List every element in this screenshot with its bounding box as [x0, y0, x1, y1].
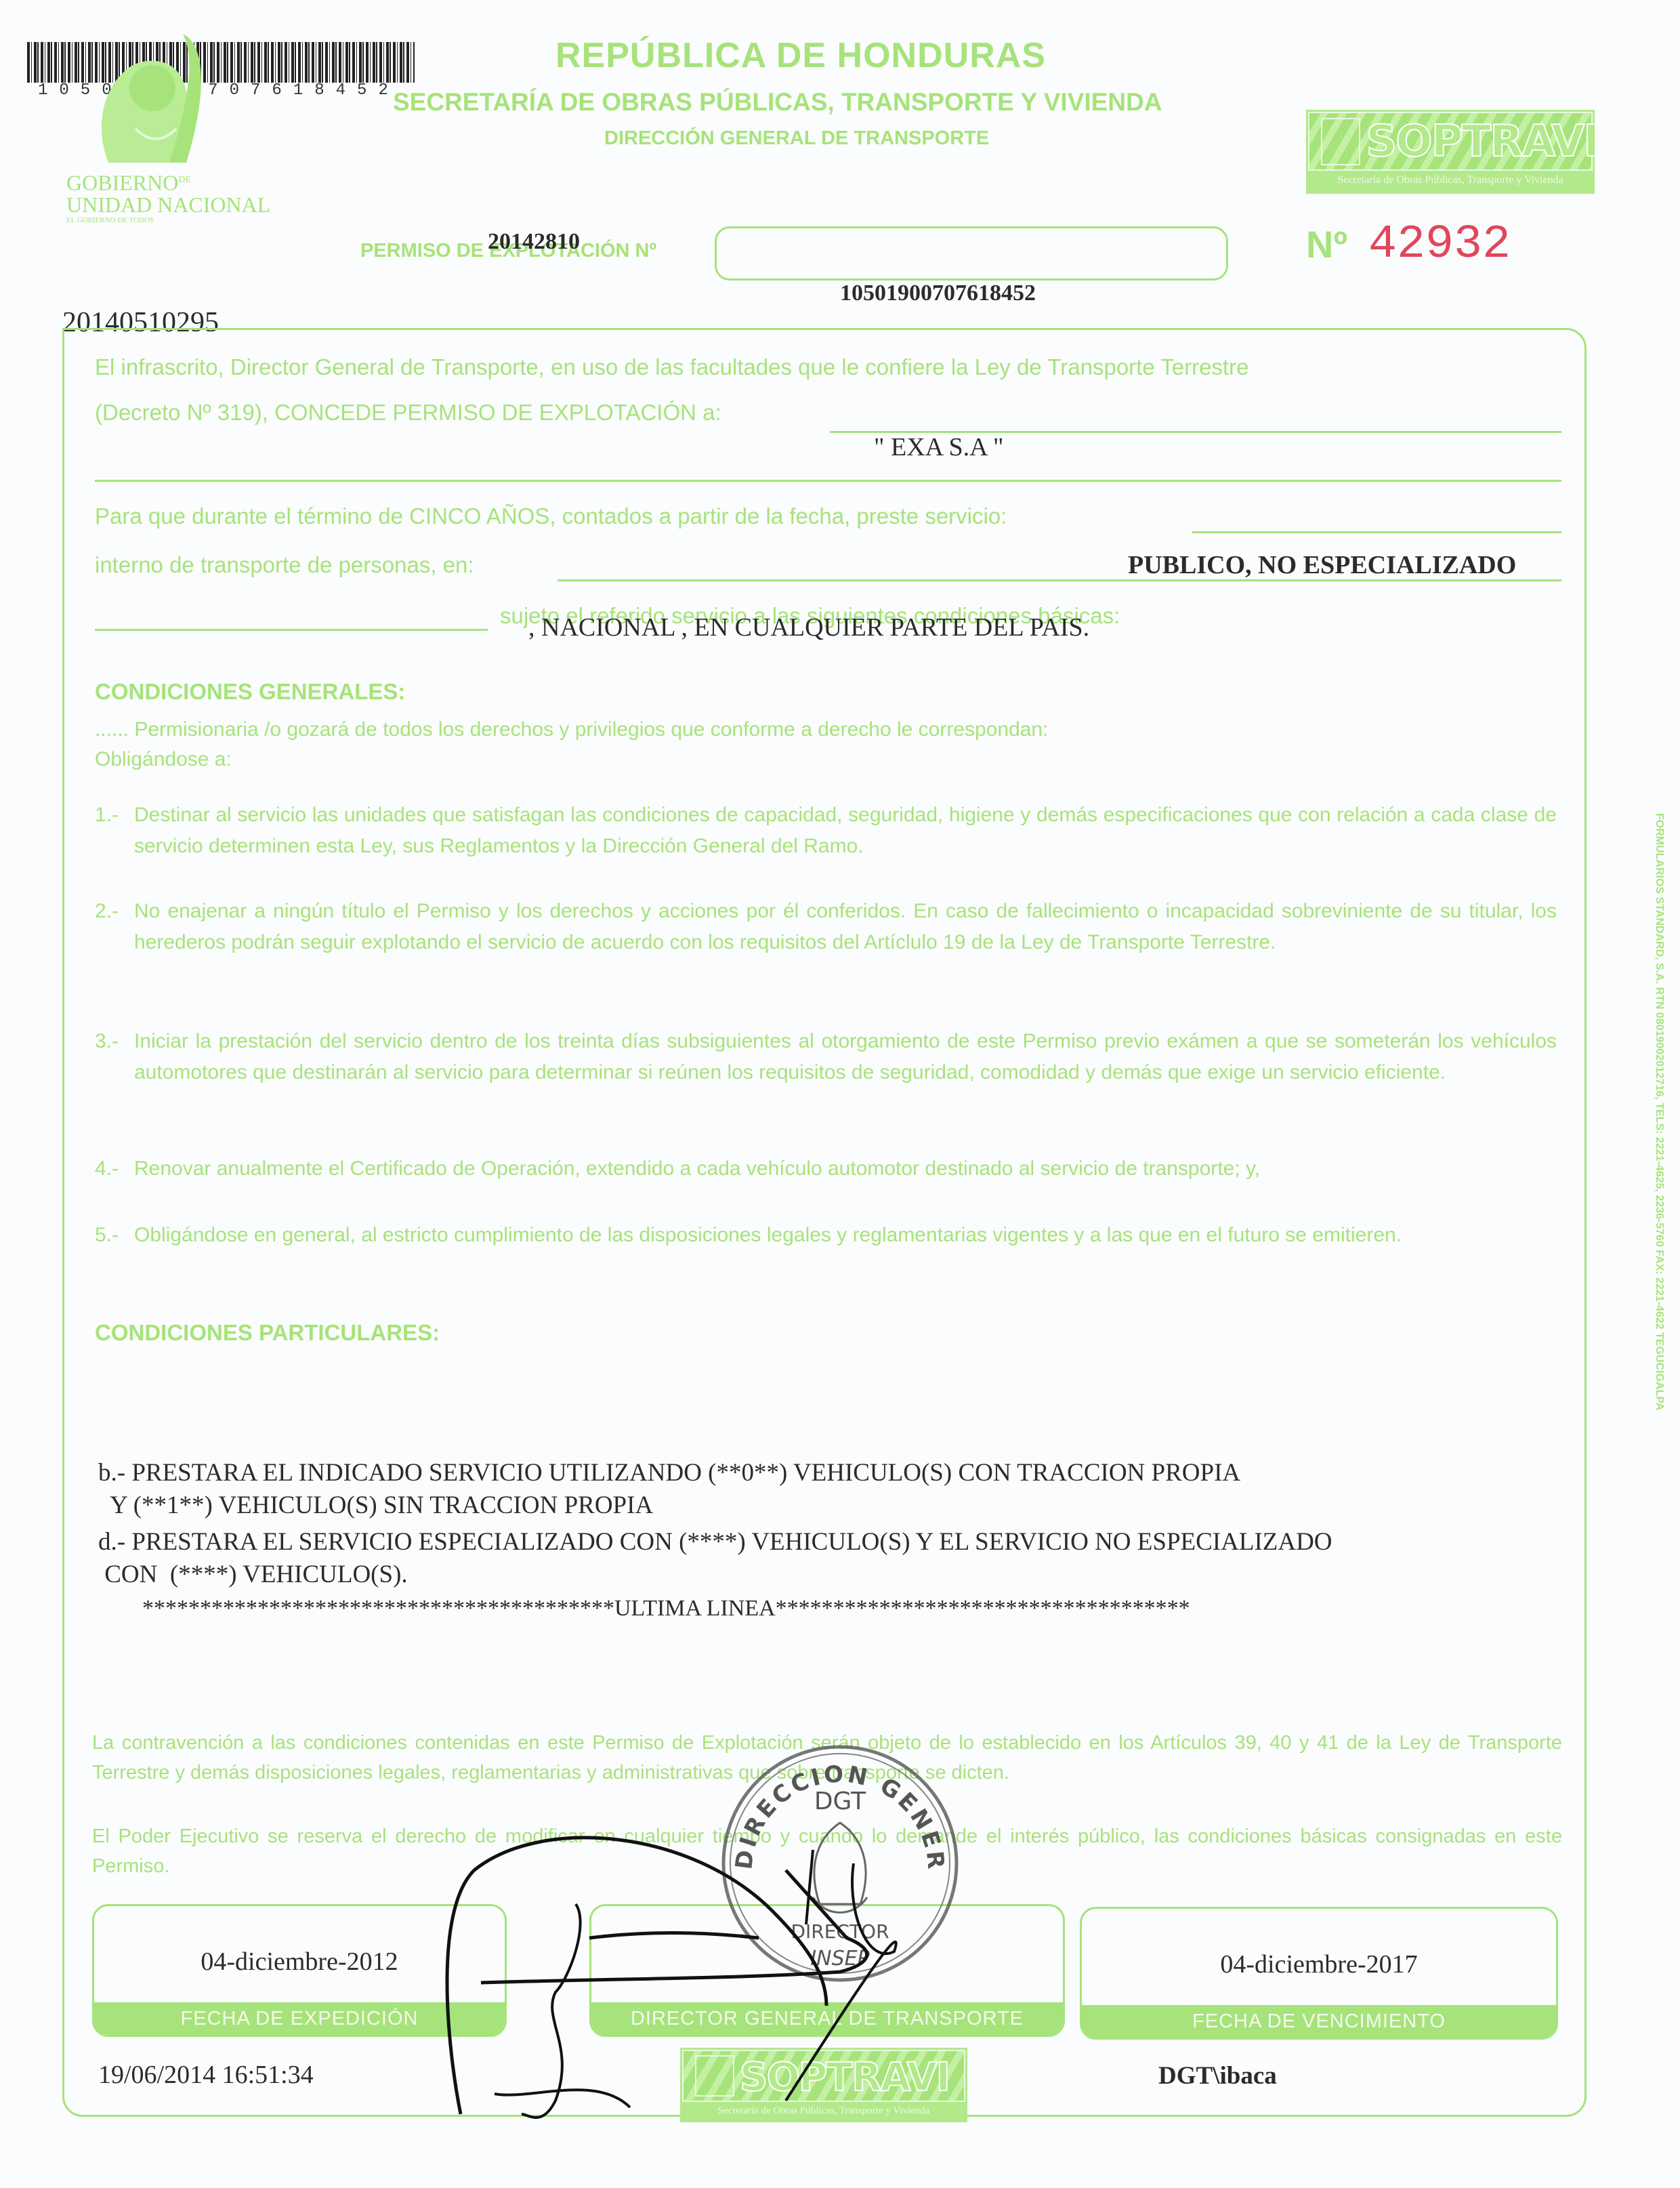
general-conditions-obligation: Obligándose a: [95, 744, 232, 775]
particular-line-4: CON (****) VEHICULO(S). [98, 1559, 408, 1591]
permit-code: 10501900707618452 [840, 281, 1036, 306]
header-ministry: SECRETARÍA DE OBRAS PÚBLICAS, TRANSPORTE… [393, 88, 1162, 117]
particular-line-2: Y (**1**) VEHICULO(S) SIN TRACCION PROPI… [98, 1489, 653, 1522]
particular-line-1: b.- PRESTARA EL INDICADO SERVICIO UTILIZ… [98, 1457, 1240, 1489]
soptravi-emblem-icon [1321, 118, 1360, 165]
grantee-underline-2 [95, 480, 1561, 482]
expiry-date-caption: FECHA DE VENCIMIENTO [1082, 2005, 1556, 2038]
header-department: DIRECCIÓN GENERAL DE TRANSPORTE [604, 127, 989, 150]
general-conditions-heading: CONDICIONES GENERALES: [95, 679, 405, 705]
service-type: PUBLICO, NO ESPECIALIZADO [1128, 550, 1516, 580]
expiry-date-box: 04-diciembre-2017 FECHA DE VENCIMIENTO [1080, 1907, 1558, 2040]
header-title: REPÚBLICA DE HONDURAS [555, 35, 1046, 76]
expiry-date: 04-diciembre-2017 [1082, 1949, 1556, 1979]
particular-line-3: d.- PRESTARA EL SERVICIO ESPECIALIZADO C… [98, 1526, 1332, 1559]
body-line-3: Para que durante el término de CINCO AÑO… [95, 503, 1007, 529]
body-line-1: El infrascrito, Director General de Tran… [95, 354, 1248, 380]
service-scope: , NACIONAL , EN CUALQUIER PARTE DEL PAIS… [528, 613, 1089, 642]
serial-label: Nº [1306, 222, 1347, 266]
soptravi-logo: SOPTRAVI Secretaría de Obras Públicas, T… [1306, 110, 1595, 194]
permit-stamped-number: 20142810 [488, 229, 580, 255]
government-figure-logo-icon [68, 27, 230, 169]
particular-conditions-heading: CONDICIONES PARTICULARES: [95, 1320, 440, 1346]
director-signature-icon [406, 1775, 1084, 2128]
scope-underline [95, 629, 488, 631]
government-logo-text: GOBIERNODE UNIDAD NACIONAL EL GOBIERNO D… [66, 169, 270, 225]
grantee-name: " EXA S.A " [874, 432, 1004, 462]
permit-number-field[interactable] [715, 226, 1228, 281]
body-line-2: (Decreto Nº 319), CONCEDE PERMISO DE EXP… [95, 400, 721, 426]
body-line-4: interno de transporte de personas, en: [95, 552, 474, 578]
print-timestamp: 19/06/2014 16:51:34 [98, 2060, 314, 2090]
service-underline [1192, 531, 1561, 533]
serial-number: 42932 [1368, 218, 1511, 272]
issuing-user: DGT\ibaca [1158, 2061, 1277, 2090]
general-conditions-intro: ...... Permisionaria /o gozará de todos … [95, 714, 1048, 745]
printer-imprint: FORMULARIOS STANDARD, S.A. RTN 080190020… [1653, 813, 1665, 1411]
last-line-marker: ****************************************… [142, 1592, 1190, 1625]
